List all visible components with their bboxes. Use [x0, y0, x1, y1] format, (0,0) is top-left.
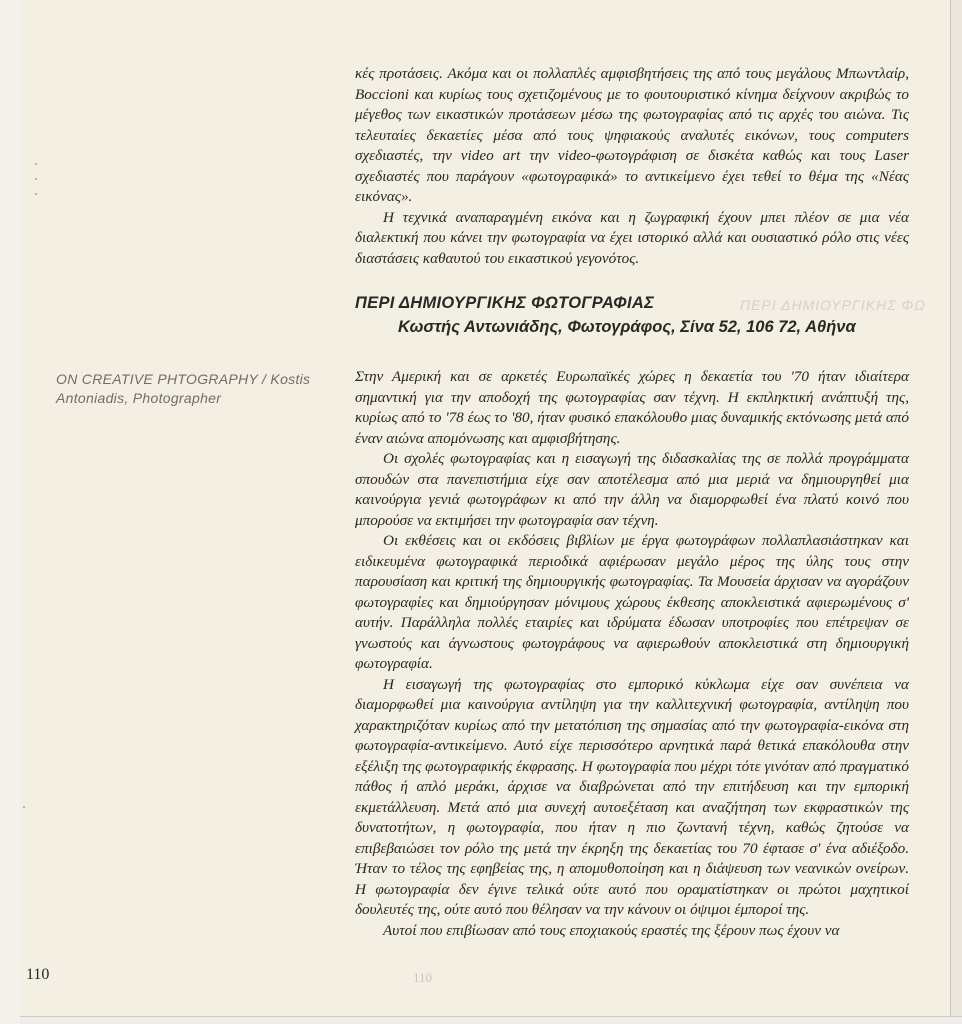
page-number: 110	[26, 966, 49, 984]
body-paragraph-2: Οι σχολές φωτογραφίας και η εισαγωγή της…	[355, 449, 909, 531]
body-paragraph-5: Αυτοί που επιβίωσαν από τους εποχιακούς …	[355, 921, 909, 942]
show-through-page-number: 110	[413, 970, 432, 986]
show-through-heading: ΠΕΡΙ ΔΗΜΙΟΥΡΓΙΚΗΣ ΦΩ	[740, 297, 926, 313]
article-author-line: Κωστής Αντωνιάδης, Φωτογράφος, Σίνα 52, …	[398, 318, 856, 337]
page-bottom-edge	[20, 1016, 962, 1024]
underlying-page-edge	[950, 0, 962, 1024]
paper-speck	[35, 178, 37, 180]
english-side-title: ON CREATIVE PHTOGRAPHY / Kostis Antoniad…	[56, 370, 328, 408]
paper-speck	[23, 806, 25, 808]
article-body: Στην Αμερική και σε αρκετές Ευρωπαϊκές χ…	[355, 367, 909, 941]
paper-speck	[35, 163, 37, 165]
body-paragraph-1: Στην Αμερική και σε αρκετές Ευρωπαϊκές χ…	[355, 367, 909, 449]
intro-text-block: κές προτάσεις. Ακόμα και οι πολλαπλές αμ…	[355, 64, 909, 269]
intro-paragraph-2: Η τεχνικά αναπαραγμένη εικόνα και η ζωγρ…	[355, 208, 909, 270]
article-title: ΠΕΡΙ ΔΗΜΙΟΥΡΓΙΚΗΣ ΦΩΤΟΓΡΑΦΙΑΣ	[355, 294, 654, 313]
body-paragraph-3: Οι εκθέσεις και οι εκδόσεις βιβλίων με έ…	[355, 531, 909, 675]
body-paragraph-4: Η εισαγωγή της φωτογραφίας στο εμπορικό …	[355, 675, 909, 921]
paper-speck	[35, 193, 37, 195]
intro-paragraph-1: κές προτάσεις. Ακόμα και οι πολλαπλές αμ…	[355, 64, 909, 208]
